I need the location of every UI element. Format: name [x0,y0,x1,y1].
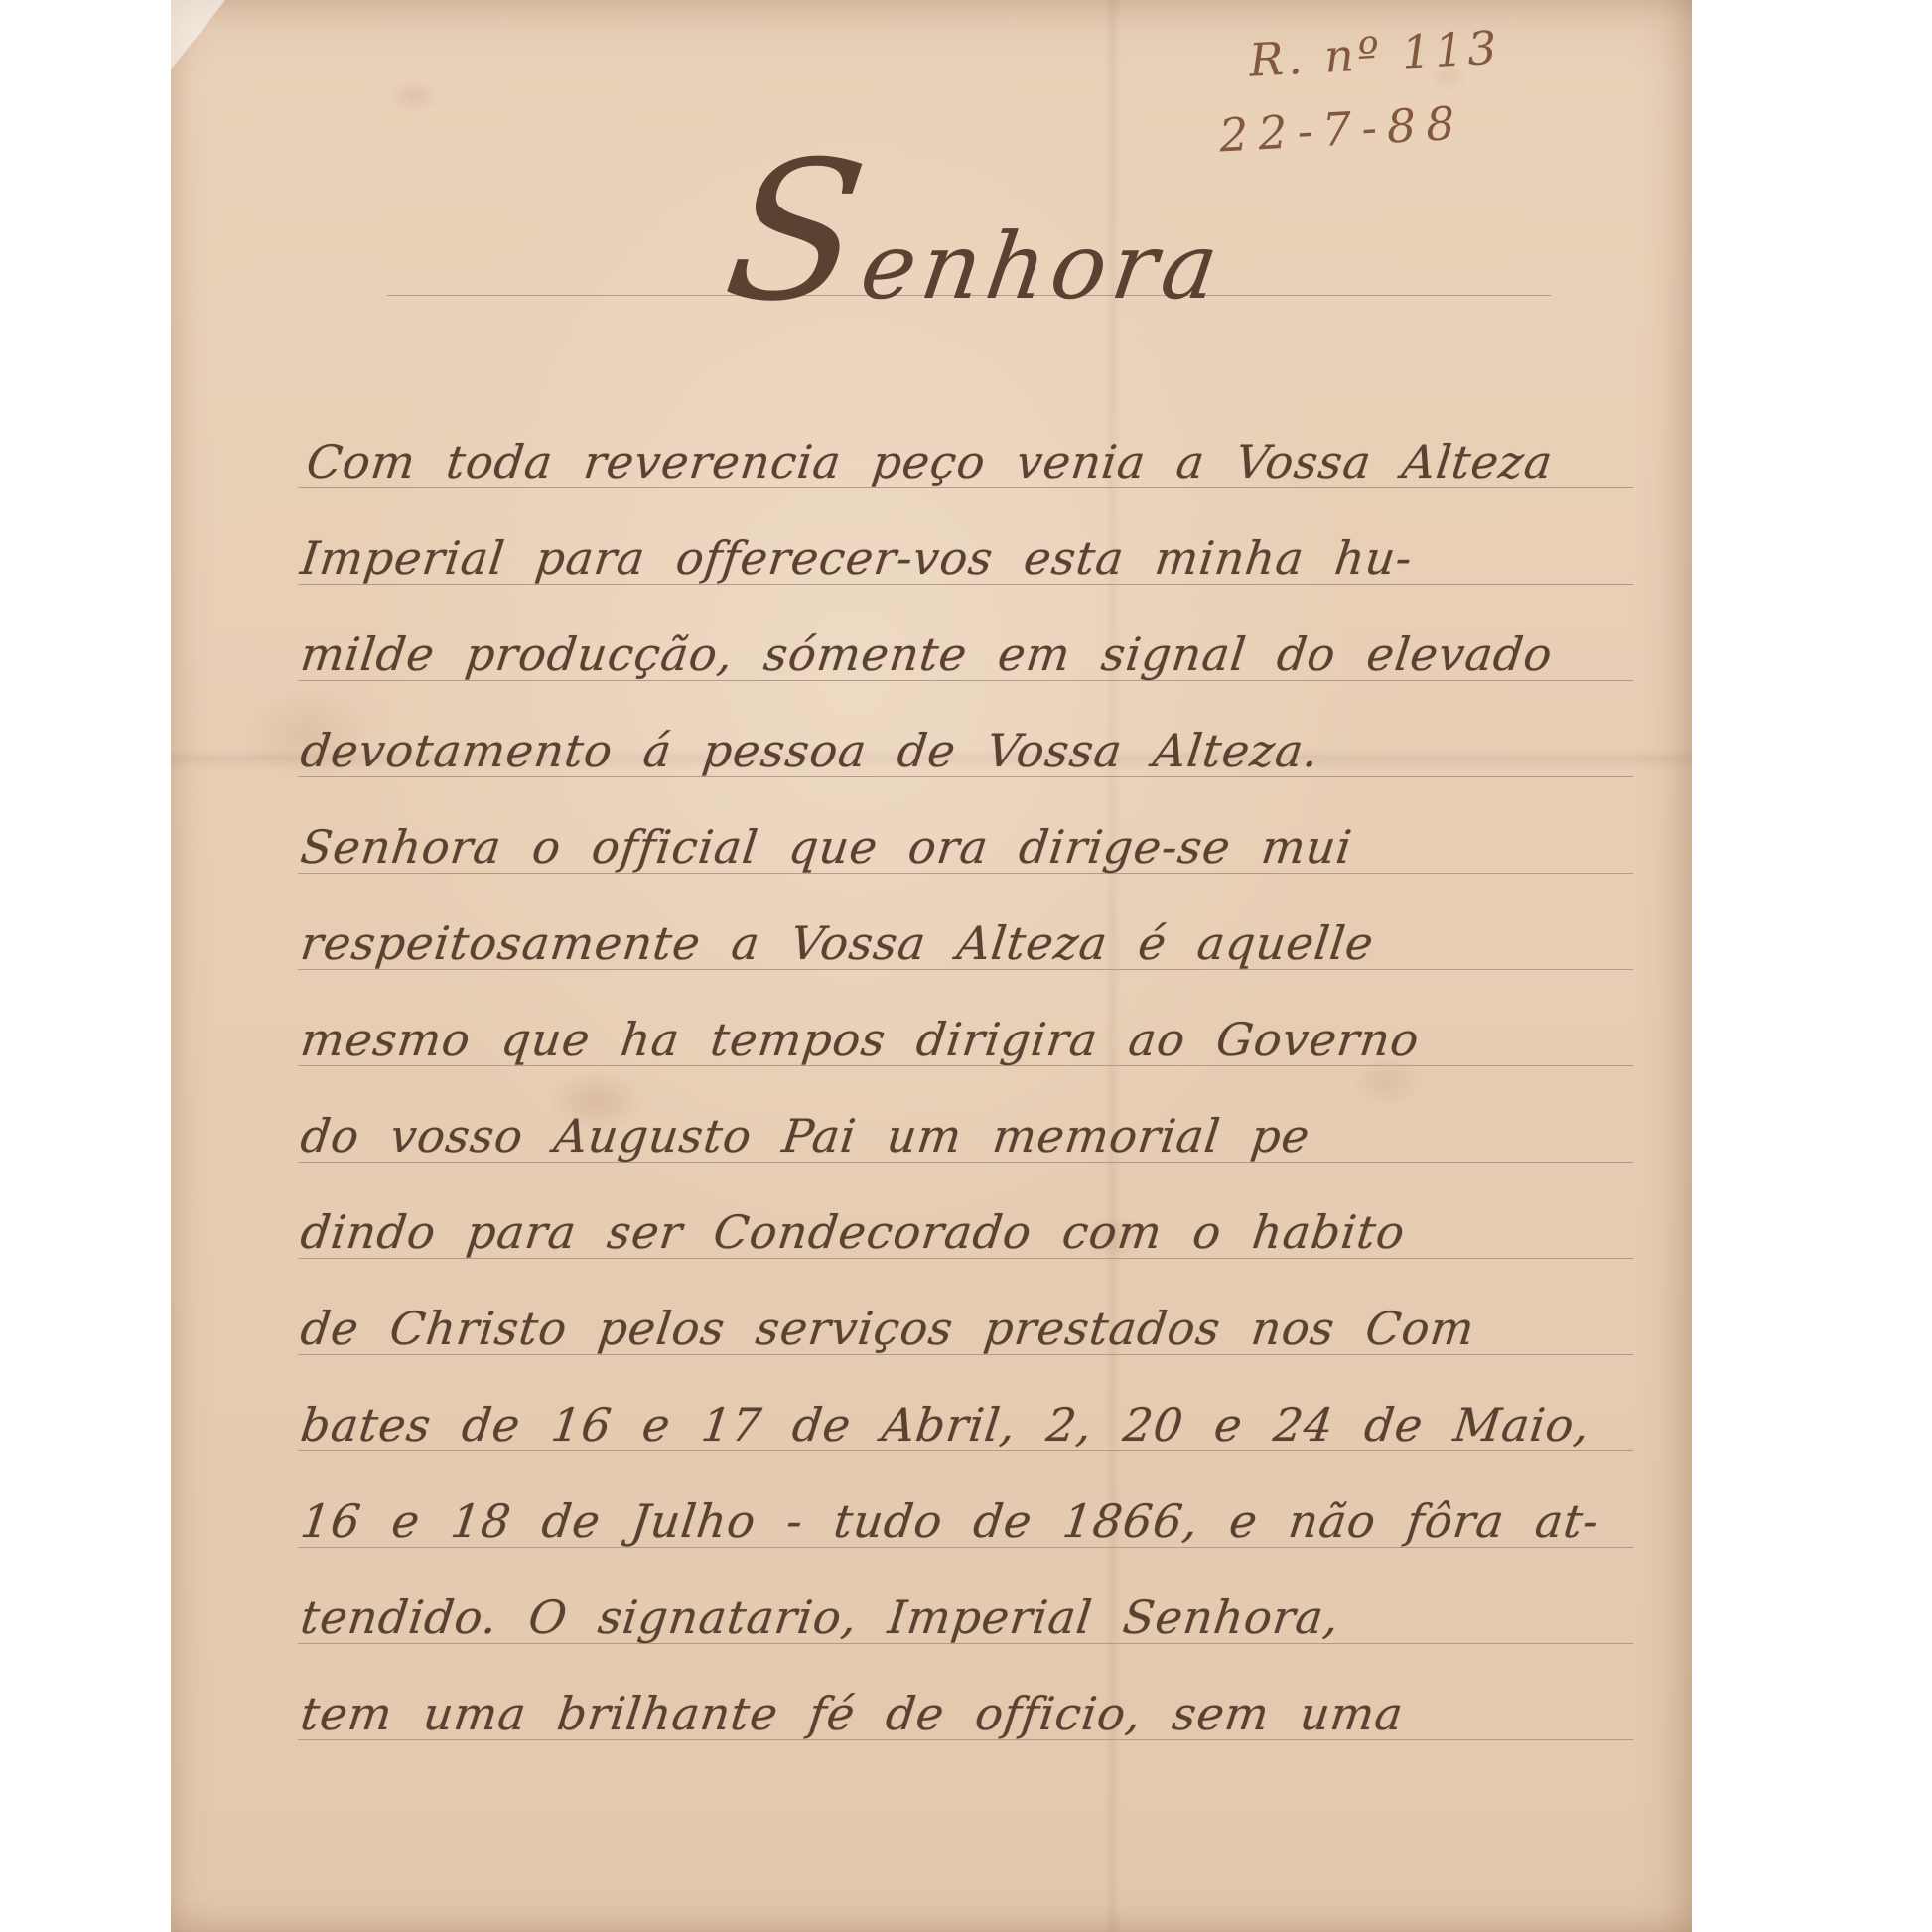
letter-line: milde producção, sómente em signal do el… [298,585,1633,681]
letter-line: Imperial para offerecer-vos esta minha h… [298,488,1633,585]
letter-body: Com toda reverencia peço venia a Vossa A… [298,392,1633,1740]
letter-line: tendido. O signatario, Imperial Senhora, [298,1548,1633,1644]
letter-line: mesmo que ha tempos dirigira ao Governo [298,970,1633,1066]
letter-line: Com toda reverencia peço venia a Vossa A… [298,392,1633,488]
letter-line-text: tem uma brilhante fé de officio, sem uma [298,1691,1406,1739]
letter-line: devotamento á pessoa de Vossa Alteza. [298,681,1633,777]
letter-line: 16 e 18 de Julho - tudo de 1866, e não f… [298,1451,1633,1548]
scanned-letter-image: R. nº 113 22-7-88 Senhora Com toda rever… [0,0,1932,1932]
salutation-ruled-line: Senhora [387,107,1551,296]
letter-line-text: devotamento á pessoa de Vossa Alteza. [298,728,1322,776]
letter-line-text: Com toda reverencia peço venia a Vossa A… [298,439,1556,487]
letter-line: Senhora o official que ora dirige-se mui [298,777,1633,874]
letter-paper: R. nº 113 22-7-88 Senhora Com toda rever… [171,0,1692,1932]
letter-line-text: mesmo que ha tempos dirigira ao Governo [298,1017,1422,1065]
letter-line-text: de Christo pelos serviços prestados nos … [298,1306,1477,1354]
salutation-word: Senhora [719,226,1228,309]
letter-line: respeitosamente a Vossa Alteza é aquelle [298,874,1633,970]
letter-line-text: Senhora o official que ora dirige-se mui [298,824,1355,873]
letter-line-text: tendido. O signatario, Imperial Senhora, [298,1594,1342,1643]
letter-line-text: Imperial para offerecer-vos esta minha h… [298,535,1415,584]
letter-line-text: do vosso Augusto Pai um memorial pe [298,1113,1312,1162]
letter-line: tem uma brilhante fé de officio, sem uma [298,1644,1633,1740]
letter-line-text: bates de 16 e 17 de Abril, 2, 20 e 24 de… [298,1402,1592,1450]
letter-line-text: milde producção, sómente em signal do el… [298,631,1555,680]
paper-corner-fold [171,0,225,69]
letter-line-text: respeitosamente a Vossa Alteza é aquelle [298,920,1377,969]
letter-line: bates de 16 e 17 de Abril, 2, 20 e 24 de… [298,1355,1633,1451]
letter-line: dindo para ser Condecorado com o habito [298,1163,1633,1259]
letter-line-text: 16 e 18 de Julho - tudo de 1866, e não f… [298,1498,1602,1547]
letter-line: de Christo pelos serviços prestados nos … [298,1259,1633,1355]
letter-line: do vosso Augusto Pai um memorial pe [298,1066,1633,1163]
letter-line-text: dindo para ser Condecorado com o habito [298,1209,1408,1258]
